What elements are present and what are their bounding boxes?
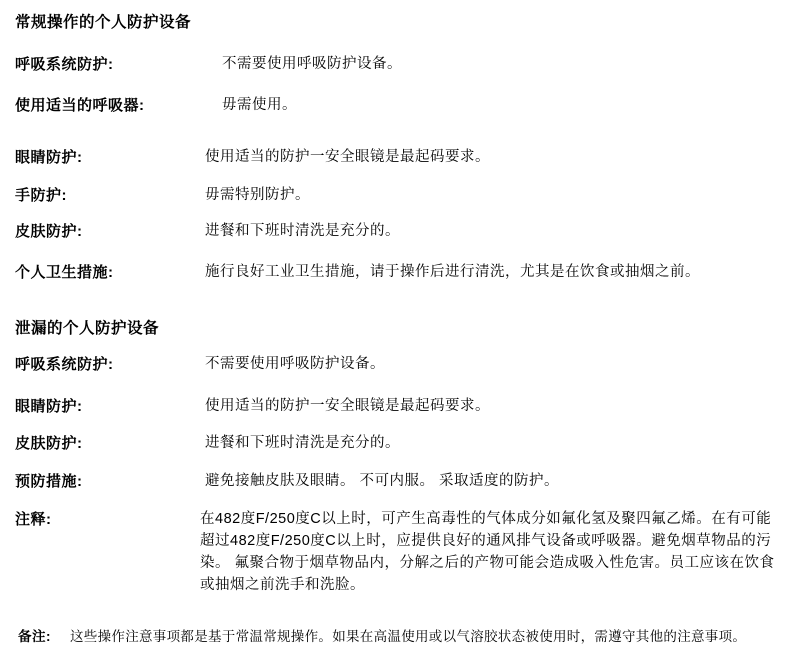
field-label: 眼睛防护: bbox=[15, 146, 83, 167]
field-label: 使用适当的呼吸器: bbox=[15, 94, 145, 115]
field-label: 皮肤防护: bbox=[15, 220, 83, 241]
document-page: 常规操作的个人防护设备 呼吸系统防护: 不需要使用呼吸防护设备。 使用适当的呼吸… bbox=[0, 0, 790, 651]
field-value: 使用适当的防护一安全眼镜是最起码要求。 bbox=[205, 395, 783, 417]
field-value: 避免接触皮肤及眼睛。 不可内服。 采取适度的防护。 bbox=[205, 470, 783, 492]
field-value: 使用适当的防护一安全眼镜是最起码要求。 bbox=[205, 146, 783, 168]
field-label: 呼吸系统防护: bbox=[15, 53, 114, 74]
field-value: 毋需使用。 bbox=[222, 94, 790, 116]
field-value: 不需要使用呼吸防护设备。 bbox=[222, 53, 790, 75]
field-value: 在482度F/250度C以上时，可产生高毒性的气体成分如氟化氢及聚四氟乙烯。在有… bbox=[200, 508, 778, 596]
field-label: 呼吸系统防护: bbox=[15, 353, 114, 374]
field-value: 进餐和下班时清洗是充分的。 bbox=[205, 432, 783, 454]
field-value: 毋需特别防护。 bbox=[205, 184, 783, 206]
field-label: 个人卫生措施: bbox=[15, 261, 114, 282]
field-value: 进餐和下班时清洗是充分的。 bbox=[205, 220, 783, 242]
section-title-normal-operation: 常规操作的个人防护设备 bbox=[15, 10, 191, 32]
field-label: 预防措施: bbox=[15, 470, 83, 491]
footnote-text: 这些操作注意事项都是基于常温常规操作。如果在高温使用或以气溶胶状态被使用时，需遵… bbox=[70, 625, 788, 645]
field-label: 手防护: bbox=[15, 184, 67, 205]
field-value: 施行良好工业卫生措施，请于操作后进行清洗，尤其是在饮食或抽烟之前。 bbox=[205, 261, 783, 283]
footnote-label: 备注: bbox=[18, 625, 51, 645]
field-label: 注释: bbox=[15, 508, 52, 529]
field-value: 不需要使用呼吸防护设备。 bbox=[205, 353, 783, 375]
field-label: 眼睛防护: bbox=[15, 395, 83, 416]
field-label: 皮肤防护: bbox=[15, 432, 83, 453]
section-title-spill: 泄漏的个人防护设备 bbox=[15, 316, 159, 338]
